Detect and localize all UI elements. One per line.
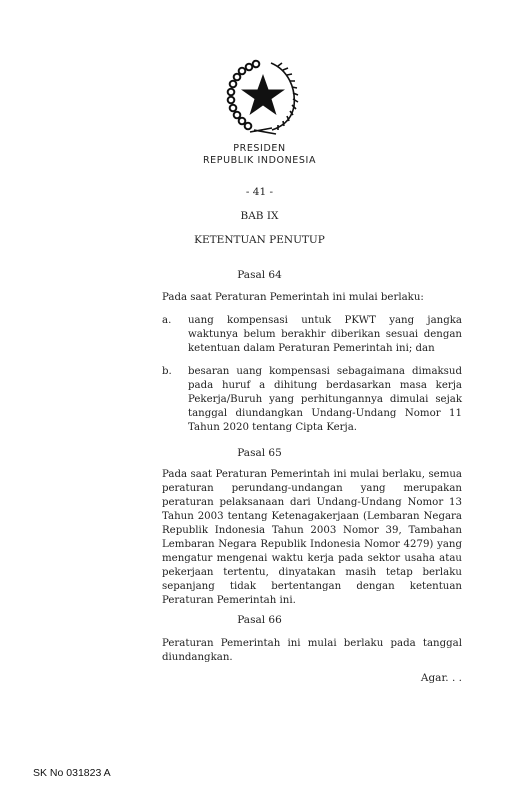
list-item-b: b. besaran uang kompensasi sebagaimana d…: [162, 365, 462, 435]
article-heading-66: Pasal 66: [0, 614, 519, 626]
chapter-number: BAB IX: [0, 210, 519, 222]
article-heading-64: Pasal 64: [0, 269, 519, 281]
continuation-text: Agar. . .: [421, 672, 462, 684]
article-heading-65: Pasal 65: [0, 447, 519, 459]
list-item-text: uang kompensasi untuk PKWT yang jangka w…: [188, 314, 462, 356]
article-66-body: Peraturan Pemerintah ini mulai berlaku p…: [162, 637, 462, 665]
article-64-intro: Pada saat Peraturan Pemerintah ini mulai…: [162, 291, 462, 305]
chapter-title: KETENTUAN PENUTUP: [0, 234, 519, 246]
list-item-a: a. uang kompensasi untuk PKWT yang jangk…: [162, 314, 462, 356]
garuda-star-emblem-icon: [226, 58, 300, 138]
list-item-label: a.: [162, 314, 171, 328]
article-65-body: Pada saat Peraturan Pemerintah ini mulai…: [162, 468, 462, 608]
list-item-label: b.: [162, 365, 172, 379]
page-number: - 41 -: [0, 186, 519, 198]
header-title-president: PRESIDEN: [0, 143, 519, 154]
document-serial-number: SK No 031823 A: [33, 767, 111, 779]
list-item-text: besaran uang kompensasi sebagaimana dima…: [188, 365, 462, 435]
header-title-republic: REPUBLIK INDONESIA: [0, 155, 519, 166]
